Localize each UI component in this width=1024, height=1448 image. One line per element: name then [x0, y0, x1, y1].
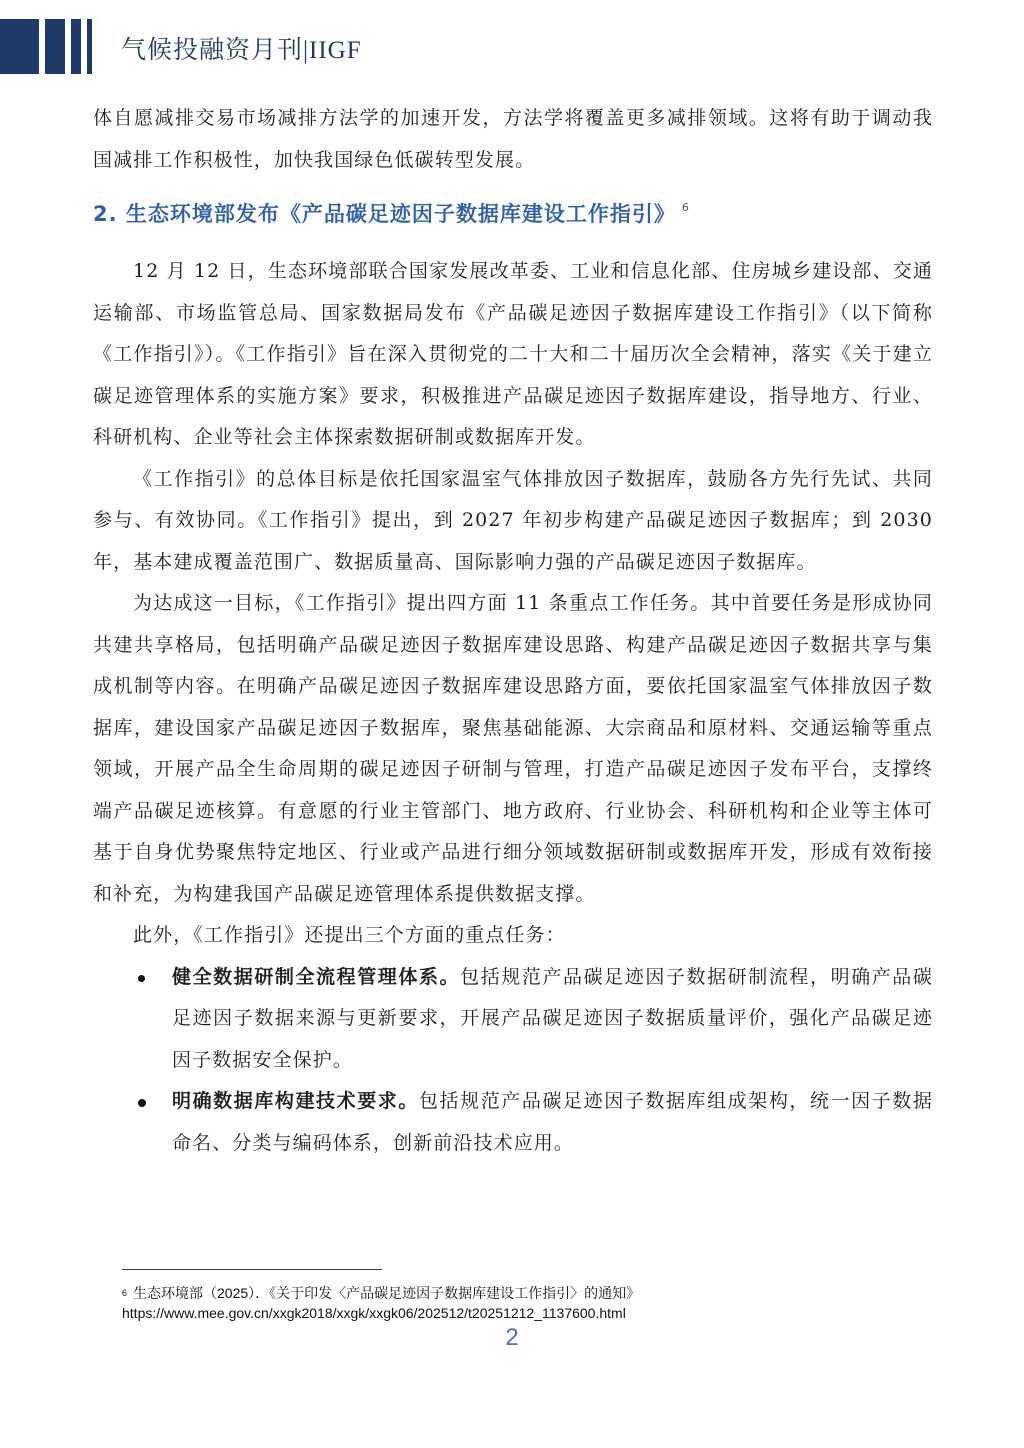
section-heading: 2. 生态环境部发布《产品碳足迹因子数据库建设工作指引》6: [93, 192, 933, 236]
body-paragraph: 此外，《工作指引》还提出三个方面的重点任务：: [93, 915, 933, 957]
article-body: 体自愿减排交易市场减排方法学的加速开发，方法学将覆盖更多减排领域。这将有助于调动…: [93, 98, 933, 1164]
header-bar: [87, 19, 92, 74]
footnote-citation-line: 6生态环境部（2025）．《关于印发〈产品碳足迹因子数据库建设工作指引〉的通知》: [122, 1283, 640, 1303]
footnote-divider: [122, 1269, 382, 1270]
bullet-item: 健全数据研制全流程管理体系。包括规范产品碳足迹因子数据研制流程，明确产品碳足迹因…: [93, 957, 933, 1082]
header-bar: [71, 19, 81, 74]
section-heading-text: 2. 生态环境部发布《产品碳足迹因子数据库建设工作指引》: [93, 202, 676, 226]
publication-title: 气候投融资月刊|IIGF: [121, 30, 362, 66]
task-bullet-list: 健全数据研制全流程管理体系。包括规范产品碳足迹因子数据研制流程，明确产品碳足迹因…: [93, 957, 933, 1165]
footnote-citation: 生态环境部（2025）．《关于印发〈产品碳足迹因子数据库建设工作指引〉的通知》: [133, 1285, 640, 1301]
bullet-text: 明确数据库构建技术要求。包括规范产品碳足迹因子数据库组成架构，统一因子数据命名、…: [172, 1081, 933, 1164]
bullet-item: 明确数据库构建技术要求。包括规范产品碳足迹因子数据库组成架构，统一因子数据命名、…: [93, 1081, 933, 1164]
footnote-url[interactable]: https://www.mee.gov.cn/xxgk2018/xxgk/xxg…: [122, 1303, 640, 1323]
bullet-icon: [138, 1099, 146, 1107]
header-bar: [0, 19, 39, 74]
header-bar: [45, 19, 65, 74]
bullet-icon: [138, 975, 145, 982]
page-number: 2: [0, 1324, 1024, 1352]
bullet-text: 健全数据研制全流程管理体系。包括规范产品碳足迹因子数据研制流程，明确产品碳足迹因…: [172, 957, 933, 1082]
bullet-lead: 明确数据库构建技术要求。: [172, 1090, 419, 1112]
footnote-number: 6: [122, 1288, 127, 1298]
body-paragraph: 为达成这一目标，《工作指引》提出四方面 11 条重点工作任务。其中首要任务是形成…: [93, 583, 933, 915]
body-paragraph: 12 月 12 日，生态环境部联合国家发展改革委、工业和信息化部、住房城乡建设部…: [93, 251, 933, 459]
footnote: 6生态环境部（2025）．《关于印发〈产品碳足迹因子数据库建设工作指引〉的通知》…: [122, 1283, 640, 1323]
intro-paragraph: 体自愿减排交易市场减排方法学的加速开发，方法学将覆盖更多减排领域。这将有助于调动…: [93, 98, 933, 181]
body-paragraph: 《工作指引》的总体目标是依托国家温室气体排放因子数据库，鼓励各方先行先试、共同参…: [93, 459, 933, 584]
bullet-lead: 健全数据研制全流程管理体系。: [172, 966, 460, 988]
footnote-reference[interactable]: 6: [682, 201, 690, 214]
